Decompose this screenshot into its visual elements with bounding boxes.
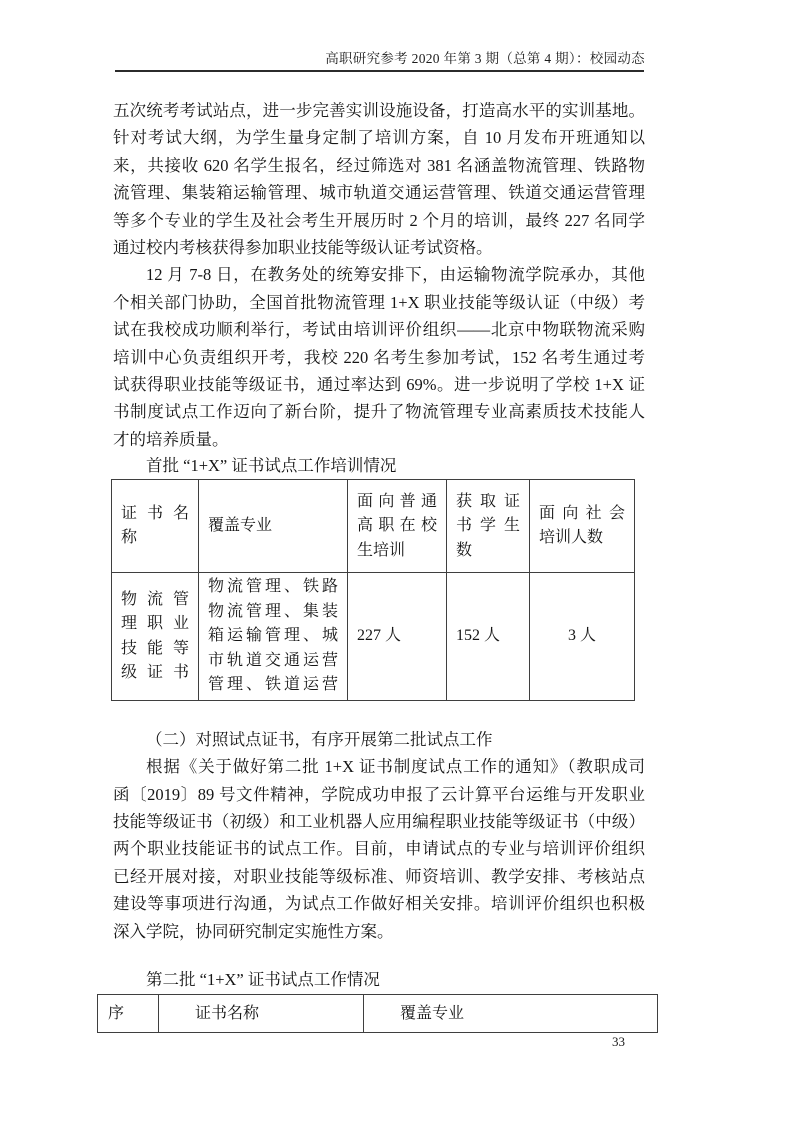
text-line: 流管理、集装箱运输管理、城市轨道交通运营管理、铁道交通运营管理 (113, 179, 645, 206)
cell-certified: 152 人 (447, 573, 530, 701)
document-page: 高职研究参考 2020 年第 3 期（总第 4 期）：校园动态 五次统考考试站点… (0, 0, 794, 1123)
cell-majors: 物流管理、铁路物流管理、集装箱运输管理、城市轨道交通运营管理、铁道运营 (199, 573, 348, 701)
header-cell-social-trained: 面向社会培训人数 (530, 480, 635, 573)
cell-cert-name: 物流管理职业技能等级证书 (112, 573, 199, 701)
text-line: 生培训 (357, 539, 437, 564)
text-line: 数 (456, 539, 520, 564)
training-summary-table: 证书名称 覆盖专业 面向普通高职在校生培训 获取证书学生数 面向社会培训人数 物… (111, 479, 635, 701)
text-line: 试在我校成功顺利举行，考试由培训评价组织——北京中物联物流采购 (113, 316, 645, 343)
text-line: 高职在校 (357, 514, 437, 539)
header-rule (115, 70, 644, 72)
header-cell-majors: 覆盖专业 (364, 995, 658, 1033)
cell-school-trained: 227 人 (348, 573, 447, 701)
text-line: 深入学院，协同研究制定实施性方案。 (113, 918, 645, 945)
text-line: 技能等 (121, 637, 189, 662)
text-line: 五次统考考试站点，进一步完善实训设施设备，打造高水平的实训基地。 (113, 97, 645, 124)
second-batch-table: 序 证书名称 覆盖专业 (97, 994, 658, 1033)
text-line: 箱运输管理、城 (208, 624, 338, 649)
text-line: 来，共接收 620 名学生报名，经过筛选对 381 名涵盖物流管理、铁路物 (113, 152, 645, 179)
journal-running-header: 高职研究参考 2020 年第 3 期（总第 4 期）：校园动态 (113, 50, 645, 68)
table-row: 物流管理职业技能等级证书 物流管理、铁路物流管理、集装箱运输管理、城市轨道交通运… (112, 573, 635, 701)
text-line: 证书名 (121, 502, 189, 527)
text-line: 称 (121, 526, 189, 551)
section-heading: （二）对照试点证书，有序开展第二批试点工作 (113, 726, 645, 753)
text-line: 函〔2019〕89 号文件精神，学院成功申报了云计算平台运维与开发职业 (113, 781, 645, 808)
table-header-row: 证书名称 覆盖专业 面向普通高职在校生培训 获取证书学生数 面向社会培训人数 (112, 480, 635, 573)
header-cell-certified: 获取证书学生数 (447, 480, 530, 573)
text-line: 建设等事项进行沟通，为试点工作做好相关安排。培训评价组织也积极 (113, 890, 645, 917)
paragraph-1: 五次统考考试站点，进一步完善实训设施设备，打造高水平的实训基地。针对考试大纲，为… (113, 97, 645, 261)
page-number: 33 (612, 1034, 625, 1050)
text-line: 已经开展对接，对职业技能等级标准、师资培训、教学安排、考核站点 (113, 863, 645, 890)
text-line: 根据《关于做好第二批 1+X 证书制度试点工作的通知》（教职成司 (113, 753, 645, 780)
paragraph-2: 12 月 7-8 日，在教务处的统筹安排下，由运输物流学院承办，其他个相关部门协… (113, 261, 645, 453)
page-body: 五次统考考试站点，进一步完善实训设施设备，打造高水平的实训基地。针对考试大纲，为… (113, 97, 645, 1033)
header-cell-cert-name: 证书名称 (112, 480, 199, 573)
text-line: 管理、铁道运营 (208, 673, 338, 698)
paragraph-3: 根据《关于做好第二批 1+X 证书制度试点工作的通知》（教职成司函〔2019〕8… (113, 753, 645, 945)
text-line: 通过校内考核获得参加职业技能等级认证考试资格。 (113, 234, 645, 261)
text-line: 面向普通 (357, 490, 437, 515)
text-line: 等多个专业的学生及社会考生开展历时 2 个月的培训，最终 227 名同学 (113, 207, 645, 234)
text-line: 物流管理、集装 (208, 600, 338, 625)
text-line: 技能等级证书（初级）和工业机器人应用编程职业技能等级证书（中级） (113, 808, 645, 835)
text-line: 培训中心负责组织开考，我校 220 名考生参加考试，152 名考生通过考 (113, 344, 645, 371)
text-line: 理职业 (121, 612, 189, 637)
text-line: 两个职业技能证书的试点工作。目前，申请试点的专业与培训评价组织 (113, 835, 645, 862)
text-line: 12 月 7-8 日，在教务处的统筹安排下，由运输物流学院承办，其他 (113, 261, 645, 288)
header-cell-seq: 序 (98, 995, 159, 1033)
header-cell-school-trained: 面向普通高职在校生培训 (348, 480, 447, 573)
header-cell-majors: 覆盖专业 (199, 480, 348, 573)
text-line: 个相关部门协助，全国首批物流管理 1+X 职业技能等级认证（中级）考 (113, 289, 645, 316)
text-line: 物流管 (121, 588, 189, 613)
text-line: 市轨道交通运营 (208, 649, 338, 674)
table1-caption: 首批 “1+X” 证书试点工作培训情况 (113, 454, 645, 477)
table2-caption: 第二批 “1+X” 证书试点工作情况 (113, 968, 645, 991)
table-header-row: 序 证书名称 覆盖专业 (98, 995, 658, 1033)
text-line: 试获得职业技能等级证书，通过率达到 69%。进一步说明了学校 1+X 证 (113, 371, 645, 398)
text-line: 针对考试大纲，为学生量身定制了培训方案，自 10 月发布开班通知以 (113, 124, 645, 151)
cell-social-trained: 3 人 (530, 573, 635, 701)
header-cell-cert-name: 证书名称 (159, 995, 364, 1033)
text-line: 才的培养质量。 (113, 426, 645, 453)
text-line: 书学生 (456, 514, 520, 539)
text-line: 物流管理、铁路 (208, 575, 338, 600)
text-line: 获取证 (456, 490, 520, 515)
text-line: 培训人数 (539, 526, 625, 551)
text-line: 级证书 (121, 661, 189, 686)
text-line: 书制度试点工作迈向了新台阶，提升了物流管理专业高素质技术技能人 (113, 398, 645, 425)
text-line: 面向社会 (539, 502, 625, 527)
